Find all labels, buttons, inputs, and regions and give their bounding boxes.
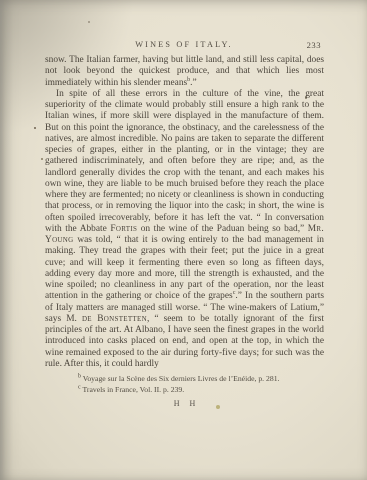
running-title: WINES OF ITALY. [45, 40, 323, 49]
text-block: snow. The Italian farmer, having but lit… [45, 55, 324, 409]
small-caps-name: de Bonstetten [82, 314, 147, 324]
foxing-spot [41, 158, 43, 160]
footnote-text: Voyage sur la Scène des Six derniers Liv… [81, 374, 279, 383]
footnote-text: Travels in France, Vol. II. p. 239. [81, 385, 185, 394]
footnote: b Voyage sur la Scène des Six derniers L… [78, 374, 320, 385]
paragraph: In spite of all these errors in the cult… [45, 89, 324, 370]
page-number: 233 [307, 40, 321, 50]
text-run: .” [190, 78, 197, 88]
text-run: In spite of all these errors in the cult… [45, 89, 324, 234]
footnote: c Travels in France, Vol. II. p. 239. [78, 385, 320, 396]
foxing-spot [34, 127, 36, 129]
page-header: WINES OF ITALY. 233 [45, 40, 323, 52]
footnotes: b Voyage sur la Scène des Six derniers L… [78, 374, 320, 395]
paper-background: WINES OF ITALY. 233 snow. The Italian fa… [0, 0, 367, 480]
signature-mark: H H [45, 398, 324, 409]
small-caps-name: Fortis [110, 224, 137, 234]
scanned-book-page: { "page": { "running_title": "WINES OF I… [0, 0, 367, 480]
text-run: snow. The Italian farmer, having but lit… [45, 55, 324, 88]
foxing-spot [88, 21, 90, 23]
paragraph: snow. The Italian farmer, having but lit… [45, 55, 324, 89]
text-run: on the wine of the Paduan being so bad,” [137, 224, 308, 234]
paragraphs-container: snow. The Italian farmer, having but lit… [45, 55, 324, 370]
